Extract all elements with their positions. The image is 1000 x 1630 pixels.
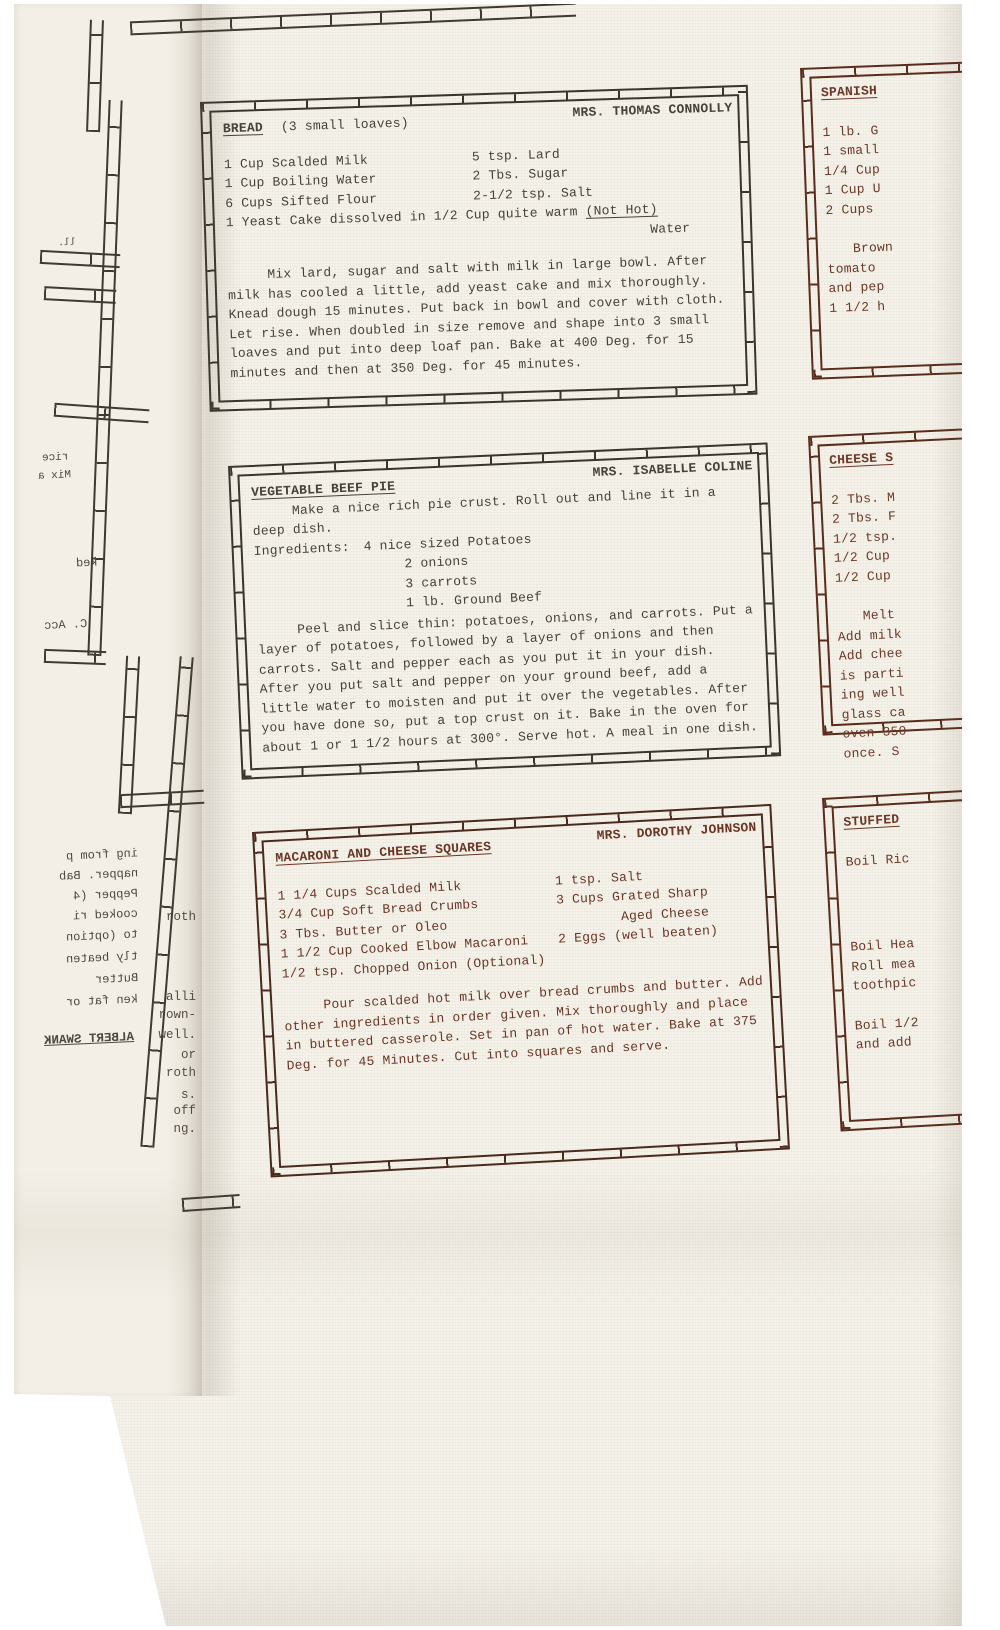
recipe-title: BREAD bbox=[223, 120, 263, 136]
recipe-title: STUFFED bbox=[843, 812, 900, 830]
mirrored-text-fragment: tly beaten bbox=[18, 951, 138, 965]
mirrored-text-fragment: rice bbox=[42, 452, 68, 464]
border-fragment bbox=[44, 649, 106, 665]
recipe-card-bread: BREAD(3 small loaves) MRS. THOMAS CONNOL… bbox=[200, 85, 757, 412]
ingredient-column-right: 5 tsp. Lard 2 Tbs. Sugar 2-1/2 tsp. Salt bbox=[472, 143, 594, 205]
not-hot-note: (Not Hot) bbox=[585, 202, 657, 219]
card-title-line: BREAD(3 small loaves) bbox=[223, 113, 410, 138]
recipe-card-stuffed: STUFFED Boil Ric Boil Hea Roll mea tooth… bbox=[822, 782, 962, 1131]
border-fragment bbox=[182, 1194, 241, 1212]
mirrored-text-fragment: ing from p bbox=[18, 848, 138, 862]
recipe-author: MRS. DOROTHY JOHNSON bbox=[596, 818, 757, 846]
recipe-title: MACARONI AND CHEESE SQUARES bbox=[275, 837, 492, 868]
recipe-card-vegetable-beef-pie: VEGETABLE BEEF PIE MRS. ISABELLE COLINE … bbox=[228, 442, 781, 779]
ingredient-column-left: 1 1/4 Cups Scalded Milk 3/4 Cup Soft Bre… bbox=[277, 871, 560, 983]
text-fragment: well. bbox=[132, 1028, 196, 1042]
ingredient-column-left: 1 Cup Scalded Milk 1 Cup Boiling Water 6… bbox=[224, 147, 474, 213]
bottom-hem-shadow bbox=[14, 1549, 962, 1626]
recipe-author: MRS. THOMAS CONNOLLY bbox=[572, 98, 733, 123]
mirrored-title-fragment: ALBERT SWANK bbox=[14, 1032, 134, 1046]
text-fragment: alli bbox=[132, 990, 196, 1004]
recipe-instructions: Peel and slice thin: potatoes, onions, a… bbox=[257, 599, 764, 757]
product-photo-recipe-tea-towel: ll. rice Mix a ked C. Acc ing from p nap… bbox=[0, 0, 1000, 1630]
mirrored-text-fragment: Mix a bbox=[38, 470, 71, 482]
text-fragment: off bbox=[132, 1104, 196, 1118]
recipe-subtitle: (3 small loaves) bbox=[281, 115, 409, 134]
mirrored-text-fragment: cooked ri bbox=[18, 908, 138, 922]
mirrored-text-fragment: C. Acc bbox=[44, 618, 87, 632]
mirrored-text-fragment: Butter bbox=[18, 972, 138, 986]
text-fragment: rown- bbox=[132, 1008, 196, 1022]
mirrored-text-fragment: ken fat or bbox=[18, 994, 138, 1008]
mirrored-text-fragment: Pepper (4 bbox=[18, 888, 138, 902]
text-fragment: roth bbox=[132, 910, 196, 924]
text-fragment: s. bbox=[132, 1088, 196, 1102]
recipe-card-spanish: SPANISH 1 lb. G 1 small 1/4 Cup 1 Cup U … bbox=[800, 56, 962, 379]
recipe-card-cheese: CHEESE S 2 Tbs. M 2 Tbs. F 1/2 tsp. 1/2 … bbox=[808, 422, 962, 736]
recipe-title: CHEESE S bbox=[829, 450, 894, 468]
mirrored-text-fragment: ked bbox=[76, 556, 98, 570]
mirrored-text-fragment: ll. bbox=[58, 238, 76, 249]
ingredient-column-right: 1 tsp. Salt 3 Cups Grated Sharp Aged Che… bbox=[555, 863, 720, 969]
mirrored-text-fragment: to (option bbox=[18, 929, 138, 943]
recipe-author: MRS. ISABELLE COLINE bbox=[592, 456, 753, 482]
text-fragment: ng. bbox=[132, 1122, 196, 1136]
text-fragment: roth bbox=[132, 1066, 196, 1080]
recipe-instructions: Mix lard, sugar and salt with milk in la… bbox=[227, 250, 740, 383]
text-fragment: or bbox=[132, 1048, 196, 1062]
recipe-title: SPANISH bbox=[821, 83, 878, 100]
recipe-card-macaroni: MACARONI AND CHEESE SQUARES MRS. DOROTHY… bbox=[252, 804, 790, 1178]
tea-towel: ll. rice Mix a ked C. Acc ing from p nap… bbox=[14, 4, 962, 1626]
mirrored-text-fragment: napper. Bab bbox=[18, 868, 138, 882]
